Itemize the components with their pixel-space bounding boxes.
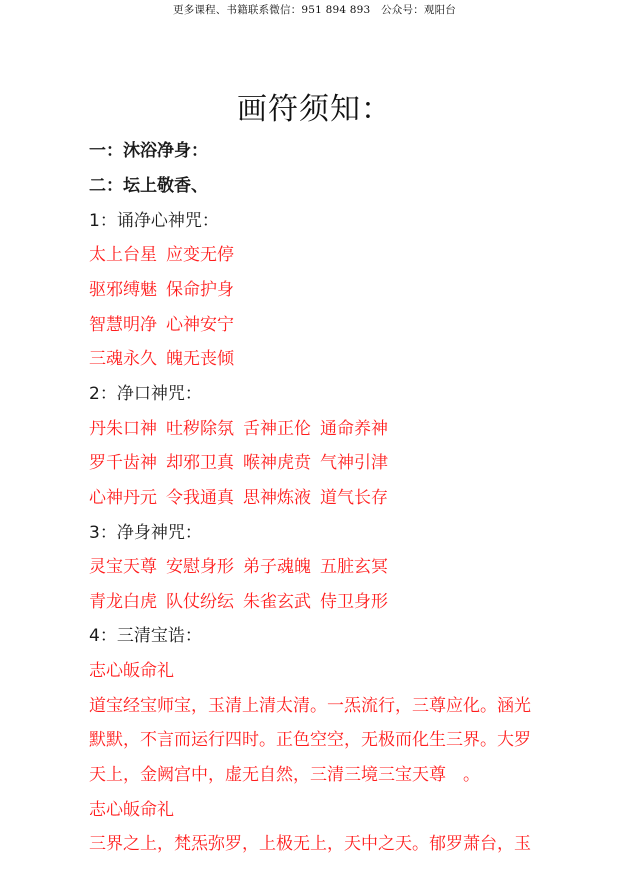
incantation-line: 青龙白虎队仗纷纭朱雀玄武侍卫身形 xyxy=(89,590,397,614)
header-contact-note: 更多课程、书籍联系微信：951 894 893 公众号：观阳台 xyxy=(0,2,629,17)
phrase: 令我通真 xyxy=(166,486,234,510)
paragraph-line: 天上，金阙宫中，虚无自然，三清三境三宝天尊 。 xyxy=(89,763,480,787)
page-title: 画符须知： xyxy=(0,84,629,128)
phrase: 气神引津 xyxy=(320,451,388,475)
incantation-line: 心神丹元令我通真思神炼液道气长存 xyxy=(89,486,397,510)
phrase: 道气长存 xyxy=(320,486,388,510)
phrase: 通命养神 xyxy=(320,417,388,441)
phrase: 保命护身 xyxy=(166,278,234,302)
section-4-heading: 4：三清宝诰： xyxy=(89,624,202,648)
incantation-line: 三魂永久魄无丧倾 xyxy=(89,347,243,371)
phrase: 朱雀玄武 xyxy=(243,590,311,614)
incantation-line: 罗千齿神却邪卫真喉神虎贲气神引津 xyxy=(89,451,397,475)
phrase: 安慰身形 xyxy=(166,555,234,579)
invocation-line: 志心皈命礼 xyxy=(89,659,174,683)
invocation-line: 志心皈命礼 xyxy=(89,798,174,822)
phrase: 弟子魂魄 xyxy=(243,555,311,579)
phrase: 青龙白虎 xyxy=(89,590,157,614)
section-1-heading: 1：诵净心神咒： xyxy=(89,209,219,233)
paragraph-line: 道宝经宝师宝，玉清上清太清。一炁流行，三尊应化。涵光 xyxy=(89,694,531,718)
phrase: 太上台星 xyxy=(89,243,157,267)
step-2-incense: 二：坛上敬香、 xyxy=(89,174,208,198)
incantation-line: 驱邪缚魅保命护身 xyxy=(89,278,243,302)
phrase: 驱邪缚魅 xyxy=(89,278,157,302)
paragraph-line: 三界之上，梵炁弥罗，上极无上，天中之天。郁罗萧台，玉 xyxy=(89,832,531,856)
phrase: 思神炼液 xyxy=(243,486,311,510)
phrase: 吐秽除氛 xyxy=(166,417,234,441)
phrase: 魄无丧倾 xyxy=(166,347,234,371)
paragraph-line: 默默，不言而运行四时。正色空空，无极而化生三界。大罗 xyxy=(89,728,531,752)
phrase: 舌神正伦 xyxy=(243,417,311,441)
incantation-line: 丹朱口神吐秽除氛舌神正伦通命养神 xyxy=(89,417,397,441)
phrase: 三魂永久 xyxy=(89,347,157,371)
phrase: 罗千齿神 xyxy=(89,451,157,475)
section-3-heading: 3：净身神咒： xyxy=(89,521,202,545)
phrase: 丹朱口神 xyxy=(89,417,157,441)
step-1-bathing: 一：沐浴净身： xyxy=(89,139,208,163)
phrase: 队仗纷纭 xyxy=(166,590,234,614)
incantation-line: 太上台星应变无停 xyxy=(89,243,243,267)
phrase: 应变无停 xyxy=(166,243,234,267)
incantation-line: 智慧明净心神安宁 xyxy=(89,313,243,337)
phrase: 却邪卫真 xyxy=(166,451,234,475)
phrase: 心神丹元 xyxy=(89,486,157,510)
incantation-line: 灵宝天尊安慰身形弟子魂魄五脏玄冥 xyxy=(89,555,397,579)
phrase: 五脏玄冥 xyxy=(320,555,388,579)
phrase: 心神安宁 xyxy=(166,313,234,337)
phrase: 灵宝天尊 xyxy=(89,555,157,579)
phrase: 智慧明净 xyxy=(89,313,157,337)
section-2-heading: 2：净口神咒： xyxy=(89,382,202,406)
phrase: 喉神虎贲 xyxy=(243,451,311,475)
phrase: 侍卫身形 xyxy=(320,590,388,614)
